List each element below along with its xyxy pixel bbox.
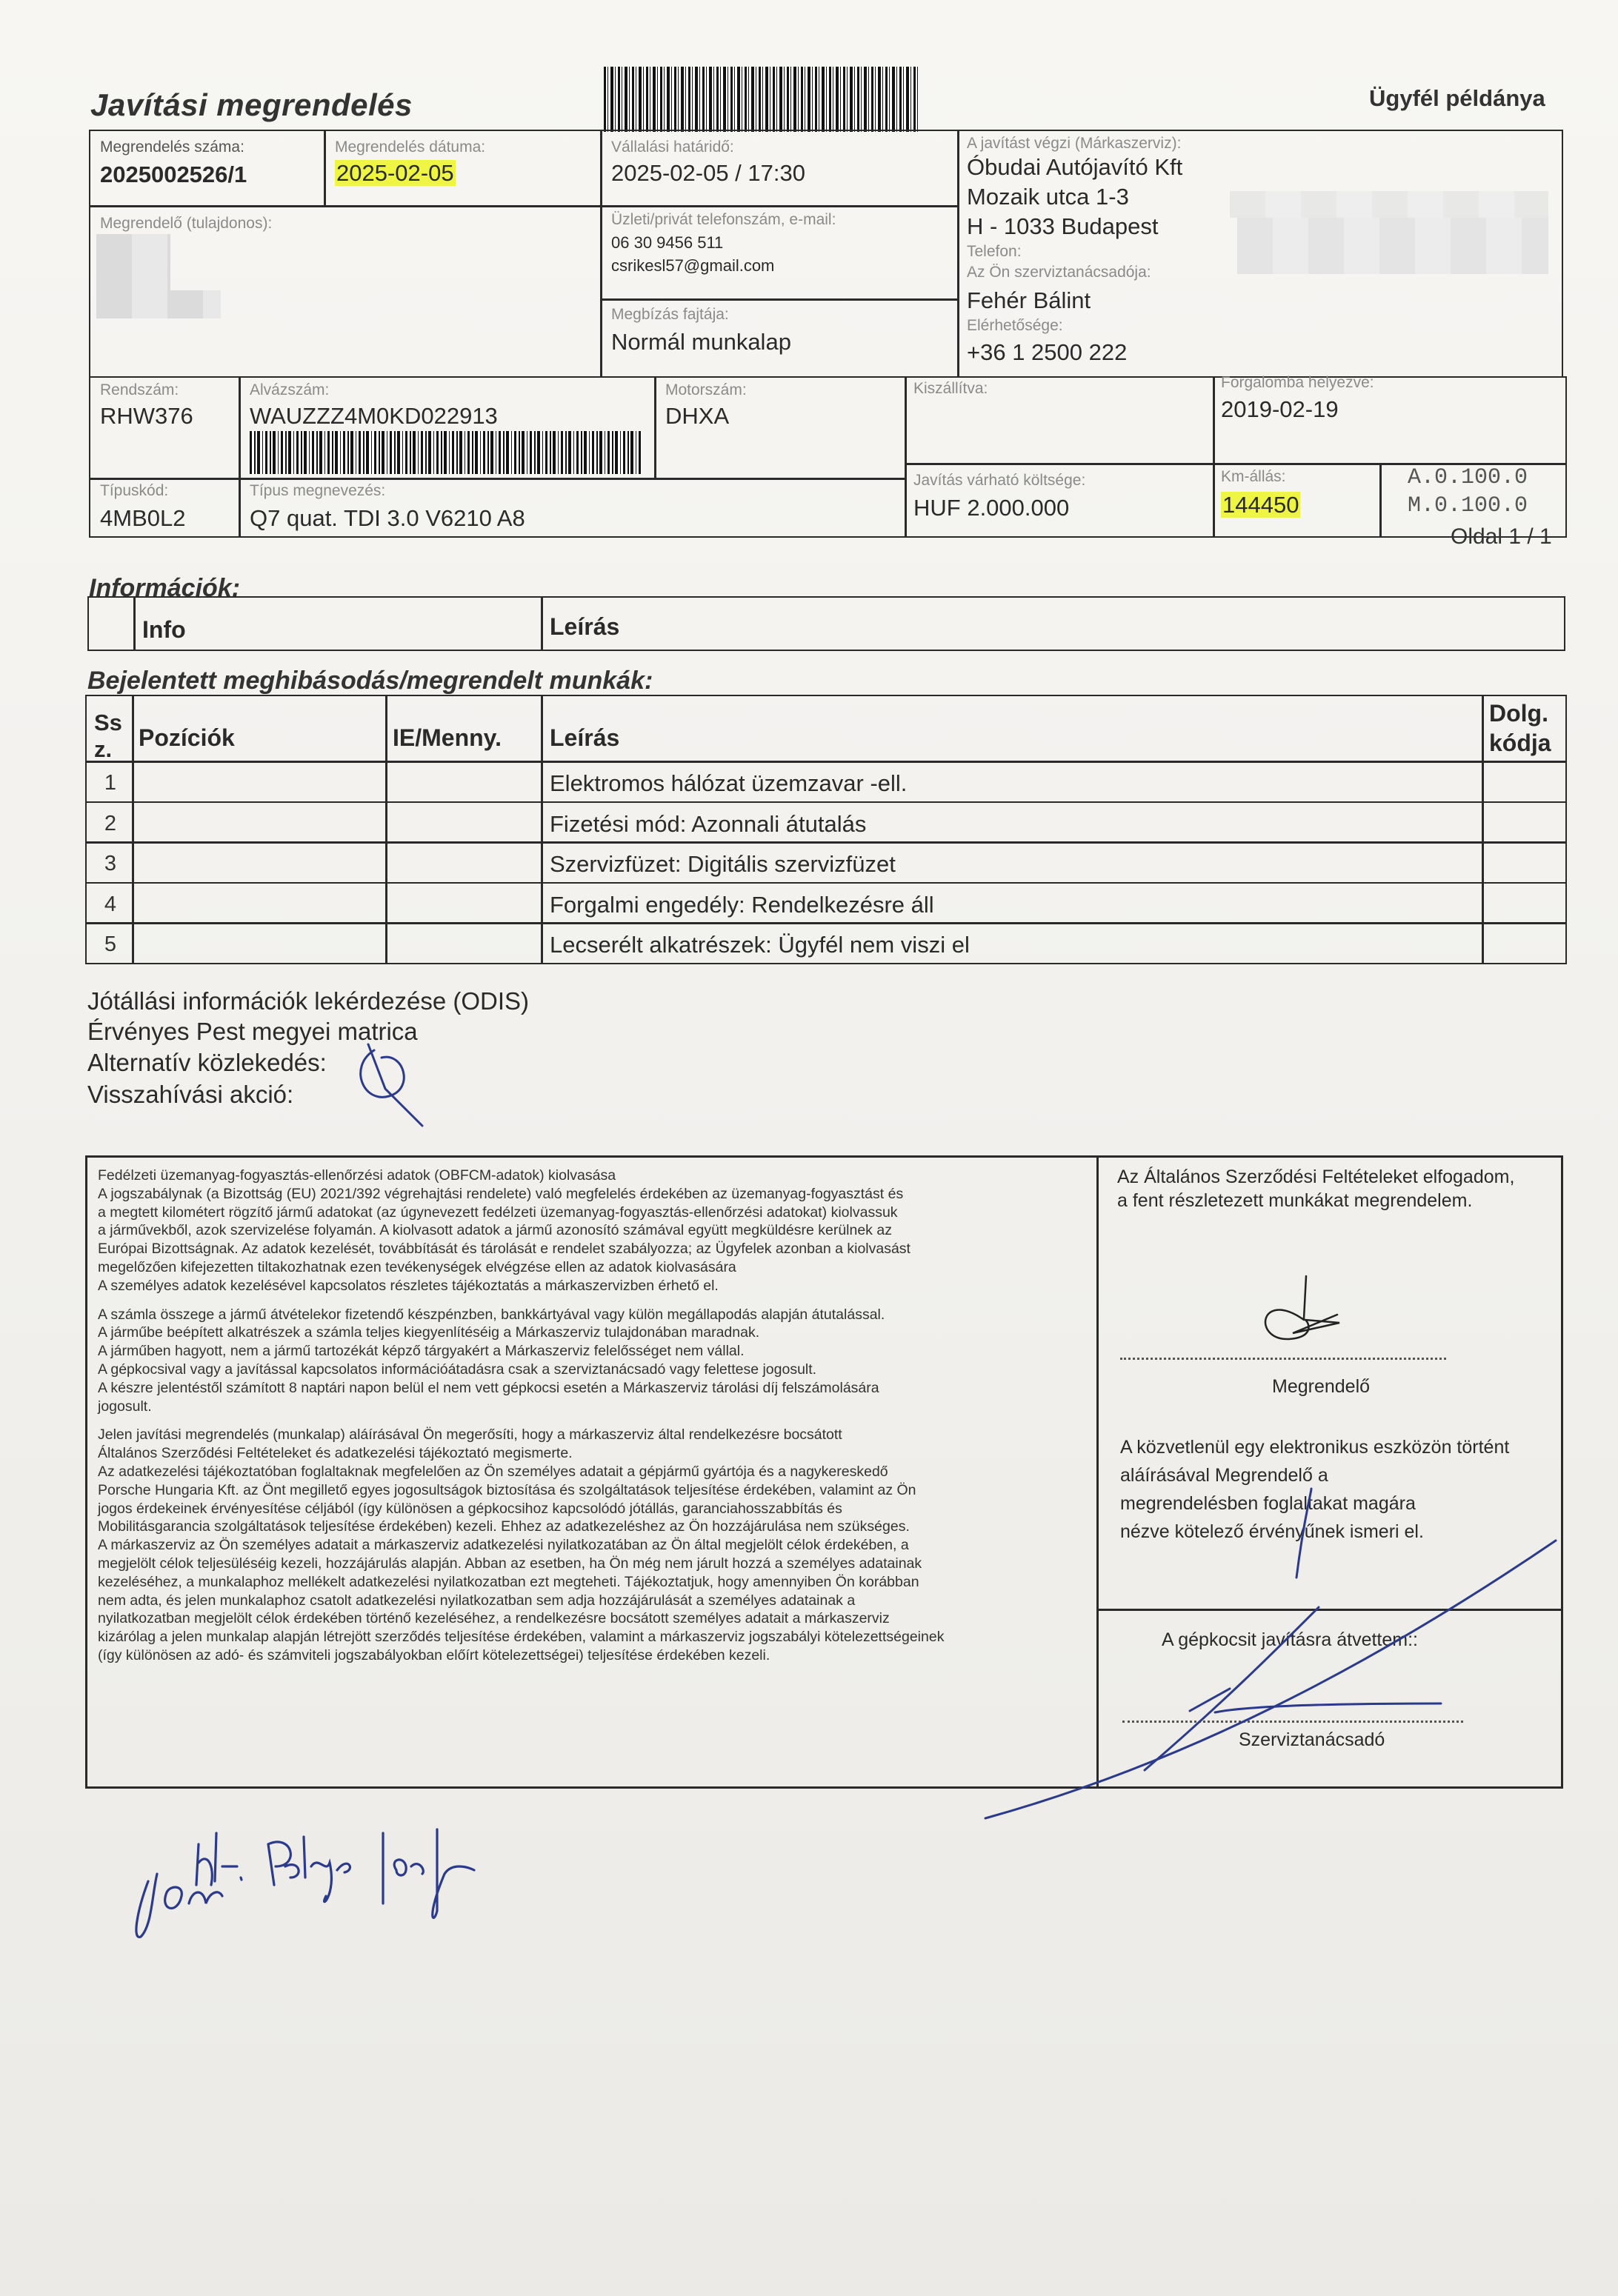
handwriting-layer	[0, 0, 1618, 2296]
handwritten-mark-icon	[361, 1044, 1556, 1818]
handwritten-note-icon	[136, 1829, 474, 1937]
